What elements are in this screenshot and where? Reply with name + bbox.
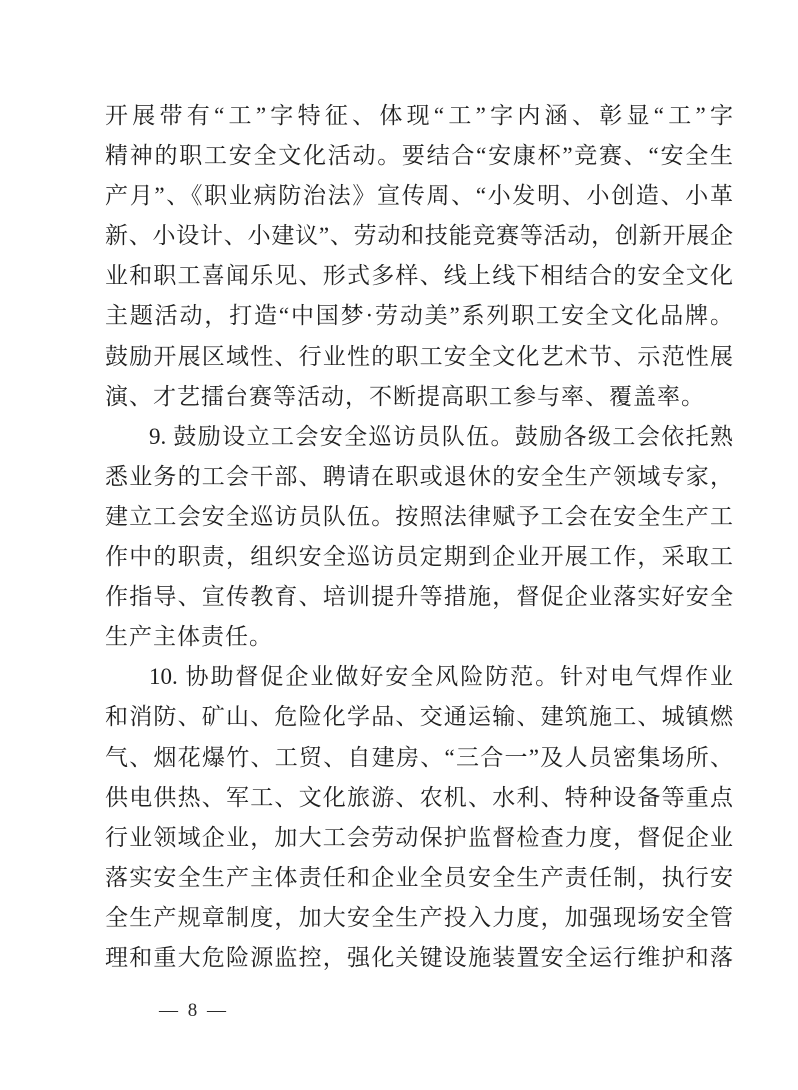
body-line: 演、才艺擂台赛等活动，不断提高职工参与率、覆盖率。 xyxy=(105,377,733,417)
body-line: 产月”、《职业病防治法》宣传周、“小发明、小创造、小革 xyxy=(105,176,733,216)
body-line: 新、小设计、小建议”、劳动和技能竞赛等活动，创新开展企 xyxy=(105,216,733,256)
body-line: 主题活动，打造“中国梦·劳动美”系列职工安全文化品牌。 xyxy=(105,296,733,336)
body-line: 建立工会安全巡访员队伍。按照法律赋予工会在安全生产工 xyxy=(105,497,733,537)
page-number: — 8 — xyxy=(159,1000,226,1021)
page-footer: — 8 — xyxy=(120,981,226,1041)
body-line: 悉业务的工会干部、聘请在职或退休的安全生产领域专家， xyxy=(105,457,733,497)
body-line: 生产主体责任。 xyxy=(105,617,733,657)
body-line: 开展带有“工”字特征、体现“工”字内涵、彰显“工”字 xyxy=(105,96,733,136)
body-line: 作中的职责，组织安全巡访员定期到企业开展工作，采取工 xyxy=(105,537,733,577)
body-line: 和消防、矿山、危险化学品、交通运输、建筑施工、城镇燃 xyxy=(105,697,733,737)
body-line: 理和重大危险源监控，强化关键设施装置安全运行维护和落 xyxy=(105,938,733,978)
body-line: 气、烟花爆竹、工贸、自建房、“三合一”及人员密集场所、 xyxy=(105,738,733,778)
body-line: 鼓励开展区域性、行业性的职工安全文化艺术节、示范性展 xyxy=(105,337,733,377)
body-line-item-9: 9. 鼓励设立工会安全巡访员队伍。鼓励各级工会依托熟 xyxy=(105,417,733,457)
body-line: 供电供热、军工、文化旅游、农机、水利、特种设备等重点 xyxy=(105,778,733,818)
body-line: 全生产规章制度，加大安全生产投入力度，加强现场安全管 xyxy=(105,898,733,938)
document-body: 开展带有“工”字特征、体现“工”字内涵、彰显“工”字 精神的职工安全文化活动。要… xyxy=(105,96,733,978)
document-page: 开展带有“工”字特征、体现“工”字内涵、彰显“工”字 精神的职工安全文化活动。要… xyxy=(0,0,798,1090)
body-line: 行业领域企业，加大工会劳动保护监督检查力度，督促企业 xyxy=(105,818,733,858)
body-line: 落实安全生产主体责任和企业全员安全生产责任制，执行安 xyxy=(105,858,733,898)
body-line: 精神的职工安全文化活动。要结合“安康杯”竞赛、“安全生 xyxy=(105,136,733,176)
body-line-item-10: 10. 协助督促企业做好安全风险防范。针对电气焊作业 xyxy=(105,657,733,697)
body-line: 业和职工喜闻乐见、形式多样、线上线下相结合的安全文化 xyxy=(105,256,733,296)
body-line: 作指导、宣传教育、培训提升等措施，督促企业落实好安全 xyxy=(105,577,733,617)
